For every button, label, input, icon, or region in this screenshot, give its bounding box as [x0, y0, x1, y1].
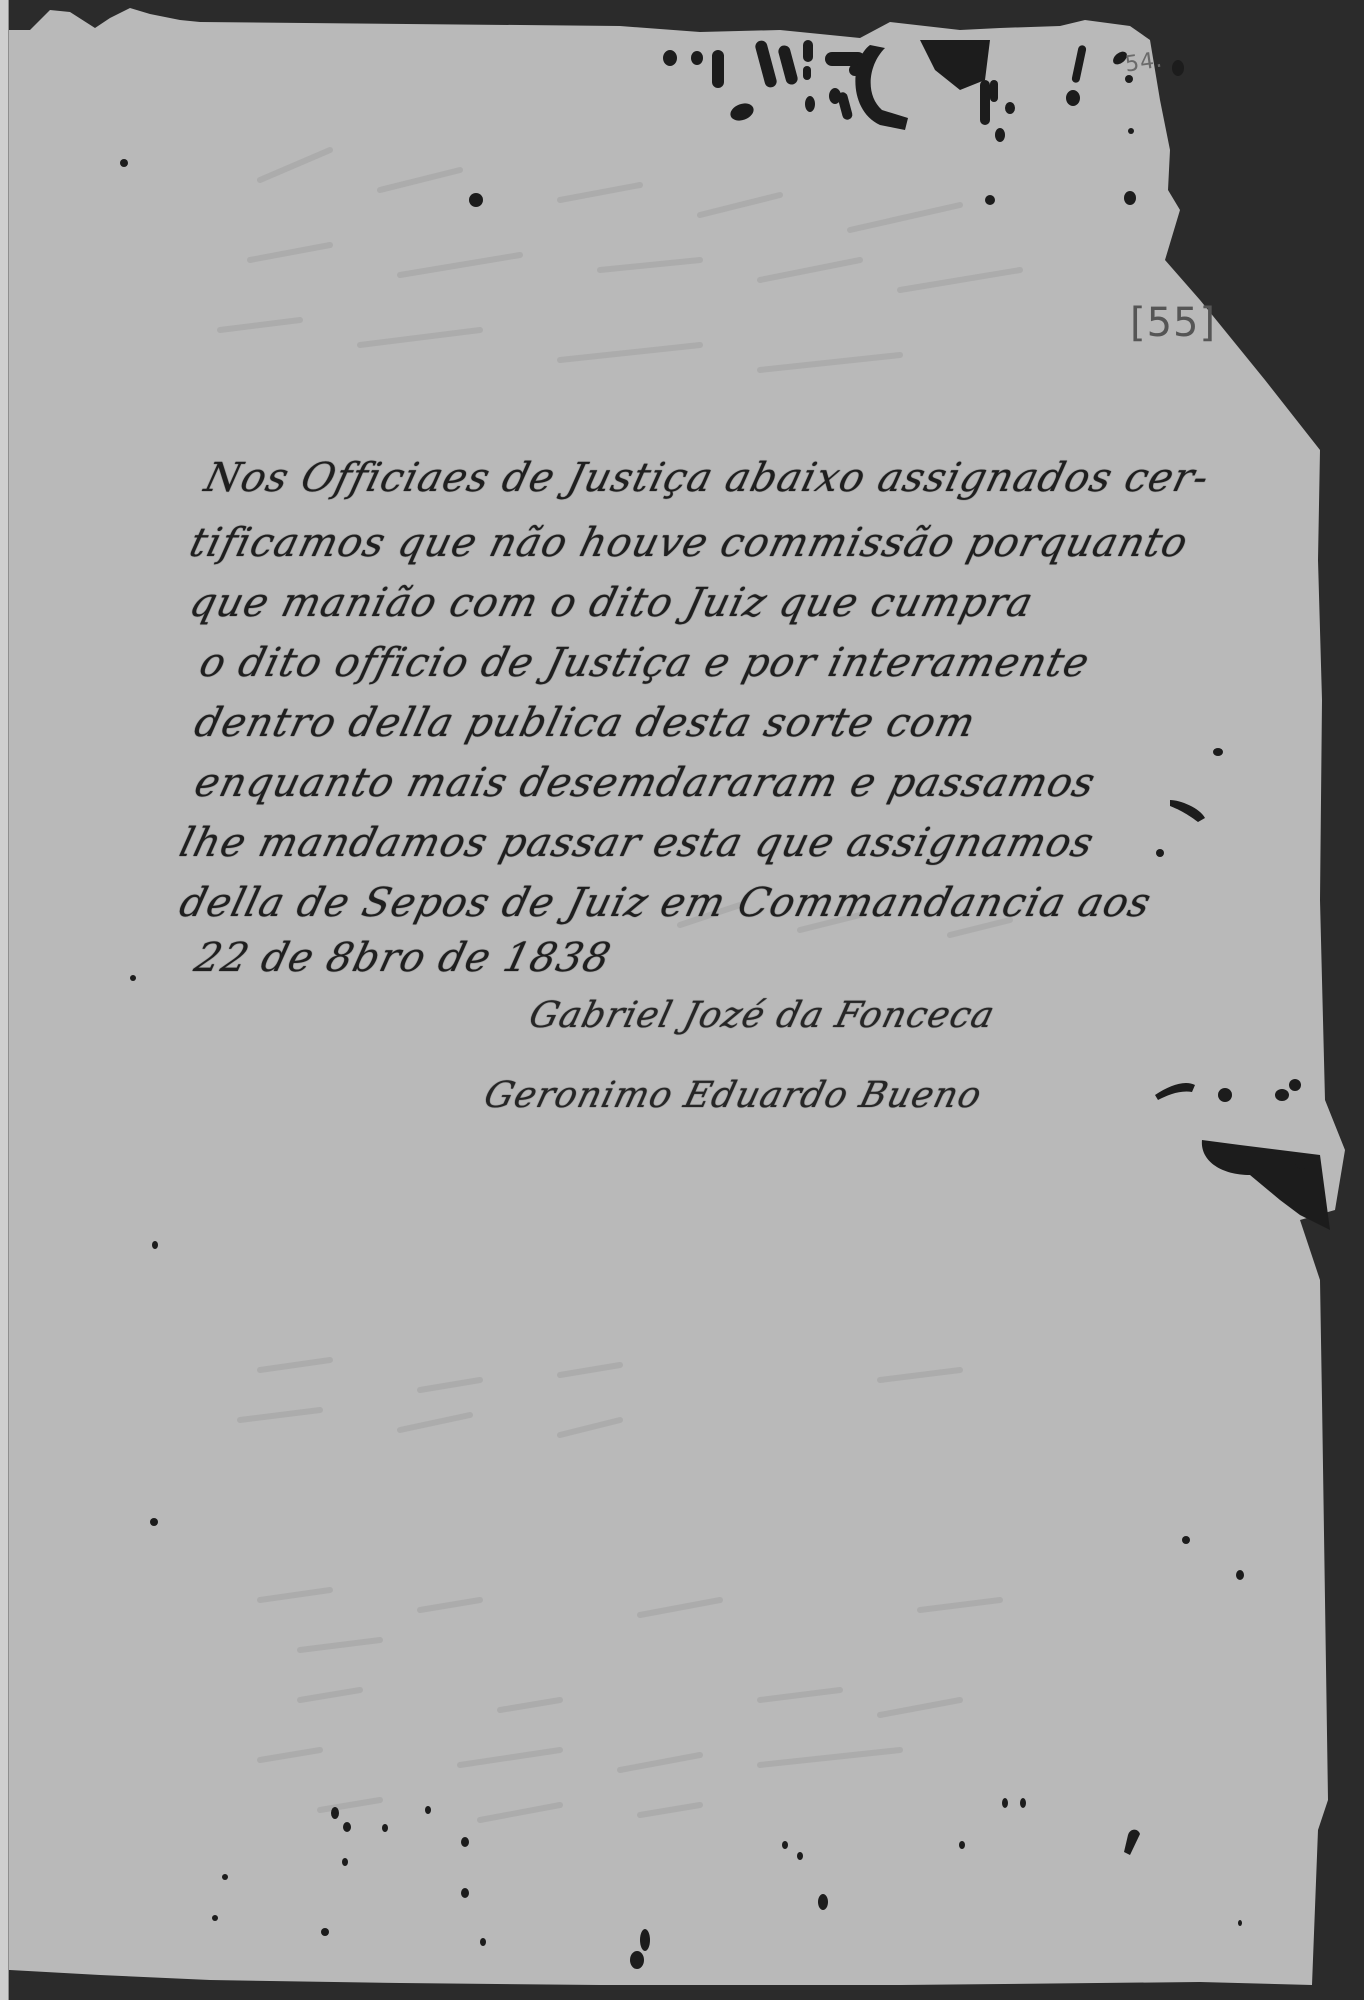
folio-pencil-mark: 54.	[1123, 47, 1164, 77]
body-line-6: enquanto mais desemdararam e passamos	[190, 760, 1100, 806]
page-number: [55]	[1130, 300, 1216, 346]
body-line-5: dentro della publica desta sorte com	[190, 700, 981, 746]
signature-gabriel: Gabriel Jozé da Fonceca	[525, 995, 999, 1036]
signature-geronimo: Geronimo Eduardo Bueno	[480, 1075, 986, 1116]
body-line-1: Nos Officiaes de Justiça abaixo assignad…	[200, 455, 1214, 501]
body-line-4: o dito officio de Justiça e por interame…	[195, 640, 1094, 686]
manuscript-text: 54. [55] Nos Officiaes de Justiça abaixo…	[0, 0, 1364, 2000]
body-line-7: lhe mandamos passar esta que assignamos	[175, 820, 1099, 866]
body-line-3: que manião com o dito Juiz que cumpra	[185, 580, 1038, 626]
body-line-8: della de Sepos de Juiz em Commandancia a…	[175, 880, 1156, 926]
date-line: 22 de 8bro de 1838	[190, 935, 616, 981]
body-line-2: tificamos que não houve commissão porqua…	[185, 520, 1193, 566]
